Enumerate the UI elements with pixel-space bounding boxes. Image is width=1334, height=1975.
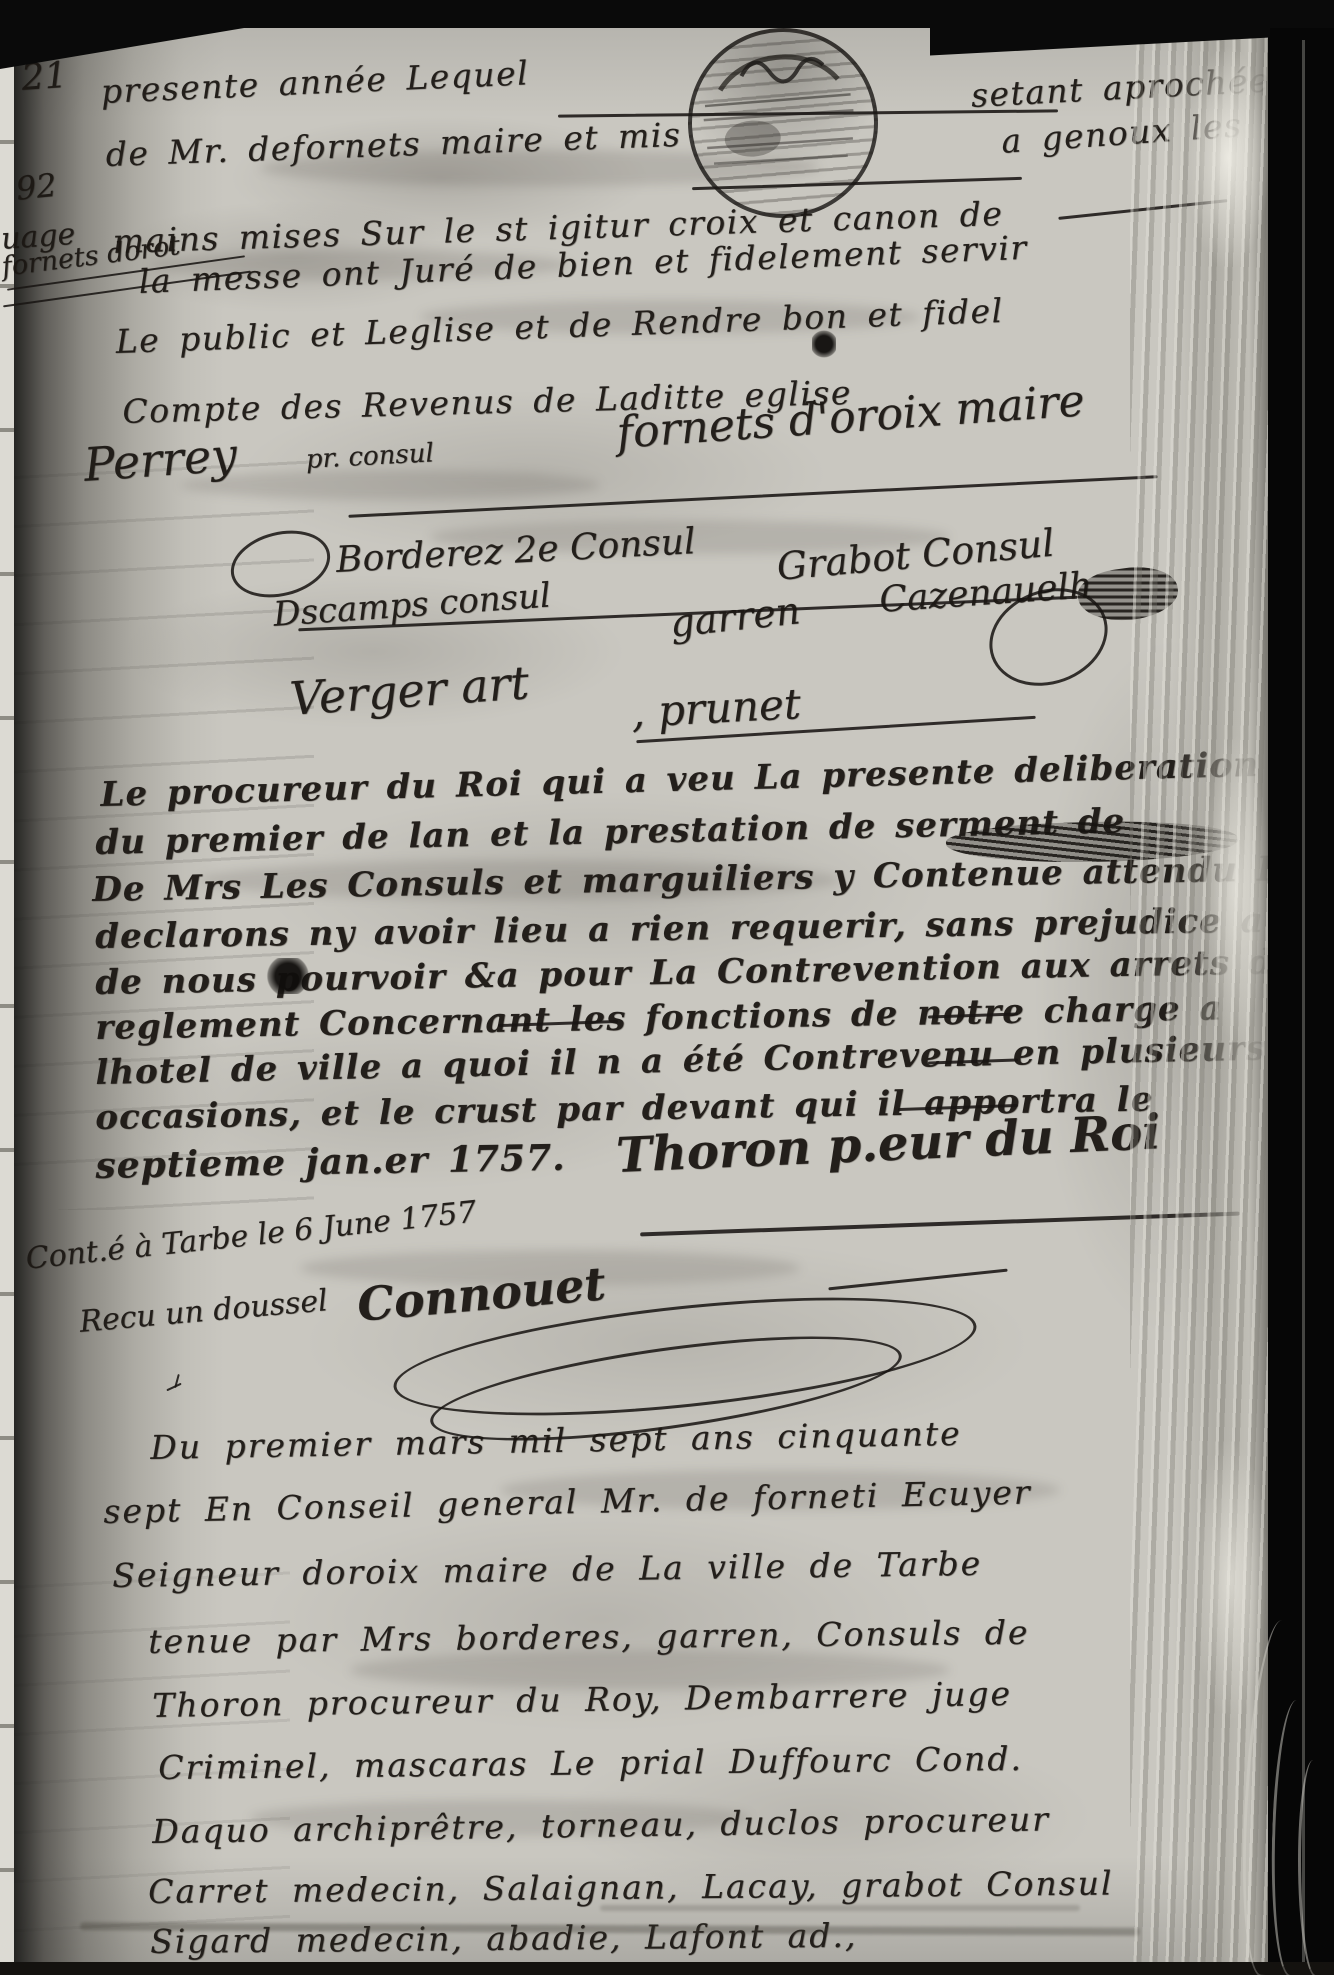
water-stain [600, 1905, 1080, 1911]
signature-perrey: Perrey [82, 427, 239, 492]
torn-page-edge [1130, 0, 1270, 1975]
signature-prunet: , prunet [630, 679, 802, 737]
adjacent-page-sliver [0, 0, 14, 1975]
entry-number: 92 [14, 166, 58, 208]
ink-blot [266, 958, 310, 994]
scan-background-top [0, 0, 1334, 28]
circular-stamp [683, 23, 883, 223]
procureur-date-line: septieme jan.er 1757. [95, 1137, 566, 1187]
manuscript-scan: 21 92 uage fornets dorot presente année … [0, 0, 1334, 1975]
ink-blot [812, 330, 836, 358]
page-curl-edge [1298, 1760, 1331, 1975]
scan-background-bottom [0, 1962, 1334, 1975]
